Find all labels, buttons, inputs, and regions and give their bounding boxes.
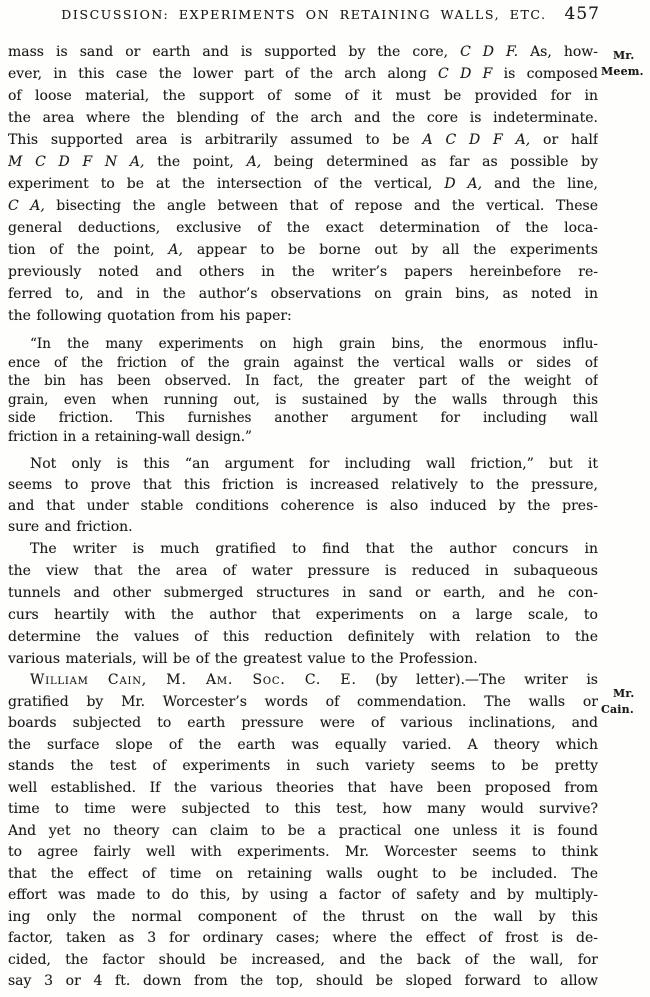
text-line: curs heartily with the author that exper… <box>8 604 598 626</box>
text-line: tunnels and other submerged structures i… <box>8 582 598 604</box>
text-line: mass is sand or earth and is supported b… <box>8 41 598 63</box>
body-text: This supported area is arbitrarily assum… <box>8 132 422 148</box>
text-line: say 3 or 4 ft. down from the top, should… <box>8 971 598 993</box>
body-text: gratified by Mr. Worcester’s words of co… <box>8 694 598 710</box>
text-line: sure and friction. <box>8 517 598 538</box>
book-page: DISCUSSION: EXPERIMENTS ON RETAINING WAL… <box>0 0 650 997</box>
text-line: effort was made to do this, by using a f… <box>8 885 598 907</box>
text-line: grain, even when running out, is sustain… <box>8 391 598 410</box>
text-line: various materials, will be of the greate… <box>8 648 598 670</box>
italic-text: C A, <box>8 198 45 214</box>
text-line: seems to prove that this friction is inc… <box>8 475 598 496</box>
body-text: sure and friction. <box>8 519 133 535</box>
body-text: and that under stable conditions coheren… <box>8 498 598 514</box>
paragraph-william-cain: William Cain, M. Am. Soc. C. E. (by lett… <box>8 670 598 993</box>
paragraph-meem-continuation: mass is sand or earth and is supported b… <box>8 41 598 327</box>
text-line: This supported area is arbitrarily assum… <box>8 129 598 151</box>
text-line: William Cain, M. Am. Soc. C. E. (by lett… <box>8 670 598 692</box>
body-text: ferred to, and in the author’s observati… <box>8 286 598 302</box>
body-text: determine the values of this reduction d… <box>8 629 598 645</box>
text-line: determine the values of this reduction d… <box>8 626 598 648</box>
body-text: cided, the factor should be increased, a… <box>8 952 598 968</box>
body-text: the point, <box>144 154 246 170</box>
text-line: Not only is this “an argument for includ… <box>8 454 598 475</box>
body-text: and the line, <box>482 176 598 192</box>
text-line: to agree fairly well with experiments. M… <box>8 842 598 864</box>
body-text: being determined as far as possible by <box>261 154 598 170</box>
body-text: well established. If the various theorie… <box>8 780 598 796</box>
text-line: “In the many experiments on high grain b… <box>8 335 598 354</box>
running-head: DISCUSSION: EXPERIMENTS ON RETAINING WAL… <box>8 4 600 24</box>
text-line: general deductions, exclusive of the exa… <box>8 217 598 239</box>
body-text: various materials, will be of the greate… <box>8 651 478 667</box>
text-line: boards subjected to earth pressure were … <box>8 713 598 735</box>
body-text: factor, taken as 3 for ordinary cases; w… <box>8 930 598 946</box>
italic-text: A C D F A, <box>422 132 530 148</box>
margin-note-cain: Mr. Cain. <box>601 686 649 718</box>
body-text: tion of the point, <box>8 242 168 258</box>
text-line: M C D F N A, the point, A, being determi… <box>8 151 598 173</box>
text-line: experiment to be at the intersection of … <box>8 173 598 195</box>
text-line: time to time were subjected to this test… <box>8 799 598 821</box>
body-text: side friction. This furnishes another ar… <box>8 410 598 426</box>
body-text: the area where the blending of the arch … <box>8 110 598 126</box>
text-line: The writer is much gratified to find tha… <box>8 538 598 560</box>
body-text: ence of the friction of the grain agains… <box>8 355 598 371</box>
body-text: Not only is this “an argument for includ… <box>30 456 598 472</box>
italic-text: M C D F N A, <box>8 154 144 170</box>
italic-text: C D F. <box>460 44 518 60</box>
page-body: mass is sand or earth and is supported b… <box>8 41 598 993</box>
text-line: that the effect of time on retaining wal… <box>8 864 598 886</box>
margin-note-meem: Mr. Meem. <box>601 48 649 80</box>
body-text: that the effect of time on retaining wal… <box>8 866 598 882</box>
text-line: tion of the point, A, appear to be borne… <box>8 239 598 261</box>
body-text: curs heartily with the author that exper… <box>8 607 598 623</box>
body-text: say 3 or 4 ft. down from the top, should… <box>8 973 598 989</box>
text-line: cided, the factor should be increased, a… <box>8 950 598 972</box>
text-line: C A, bisecting the angle between that of… <box>8 195 598 217</box>
italic-text: C D F <box>438 66 492 82</box>
body-text: the following quotation from his paper: <box>8 308 292 324</box>
italic-text: A, <box>247 154 262 170</box>
body-text: (by letter).—The writer is <box>357 672 598 688</box>
text-line: the following quotation from his paper: <box>8 305 598 327</box>
body-text: experiment to be at the intersection of … <box>8 176 444 192</box>
text-line: factor, taken as 3 for ordinary cases; w… <box>8 928 598 950</box>
margin-note-line: Mr. <box>601 48 649 64</box>
text-line: the bin has been observed. In fact, the … <box>8 372 598 391</box>
body-text: is composed <box>492 66 598 82</box>
body-text: seems to prove that this friction is inc… <box>8 477 598 493</box>
page-number: 457 <box>565 4 600 24</box>
paragraph-wall-friction: Not only is this “an argument for includ… <box>8 454 598 538</box>
text-line: gratified by Mr. Worcester’s words of co… <box>8 692 598 714</box>
margin-note-line: Cain. <box>601 702 649 718</box>
text-line: ing only the normal component of the thr… <box>8 907 598 929</box>
margin-note-line: Meem. <box>601 64 649 80</box>
body-text: As, how- <box>518 44 598 60</box>
body-text: time to time were subjected to this test… <box>8 801 598 817</box>
text-line: the view that the area of water pressure… <box>8 560 598 582</box>
italic-text: A, <box>168 242 183 258</box>
text-line: previously noted and others in the write… <box>8 261 598 283</box>
body-text: appear to be borne out by all the experi… <box>183 242 598 258</box>
body-text: to agree fairly well with experiments. M… <box>8 844 598 860</box>
body-text: boards subjected to earth pressure were … <box>8 715 598 731</box>
body-text: the surface slope of the earth was equal… <box>8 737 598 753</box>
text-line: And yet no theory can claim to be a prac… <box>8 821 598 843</box>
body-text: ing only the normal component of the thr… <box>8 909 598 925</box>
body-text: previously noted and others in the write… <box>8 264 598 280</box>
quotation-grain-bins: “In the many experiments on high grain b… <box>8 335 598 446</box>
text-line: friction in a retaining-wall design.” <box>8 428 598 447</box>
text-line: well established. If the various theorie… <box>8 778 598 800</box>
body-text: ever, in this case the lower part of the… <box>8 66 438 82</box>
paragraph-writer-gratified: The writer is much gratified to find tha… <box>8 538 598 670</box>
body-text: general deductions, exclusive of the exa… <box>8 220 598 236</box>
body-text: the view that the area of water pressure… <box>8 563 598 579</box>
body-text: the bin has been observed. In fact, the … <box>8 373 598 389</box>
body-text: effort was made to do this, by using a f… <box>8 887 598 903</box>
body-text: And yet no theory can claim to be a prac… <box>8 823 598 839</box>
body-text: tunnels and other submerged structures i… <box>8 585 598 601</box>
body-text: or half <box>530 132 598 148</box>
body-text: stands the test of experiments in such v… <box>8 758 598 774</box>
text-line: the area where the blending of the arch … <box>8 107 598 129</box>
text-line: side friction. This furnishes another ar… <box>8 409 598 428</box>
body-text: friction in a retaining-wall design.” <box>8 429 252 445</box>
margin-note-line: Mr. <box>601 686 649 702</box>
text-line: ence of the friction of the grain agains… <box>8 354 598 373</box>
text-line: stands the test of experiments in such v… <box>8 756 598 778</box>
body-text: grain, even when running out, is sustain… <box>8 392 598 408</box>
text-line: the surface slope of the earth was equal… <box>8 735 598 757</box>
body-text: bisecting the angle between that of repo… <box>45 198 598 214</box>
body-text: of loose material, the support of some o… <box>8 88 598 104</box>
body-text: mass is sand or earth and is supported b… <box>8 44 460 60</box>
text-line: ever, in this case the lower part of the… <box>8 63 598 85</box>
text-line: ferred to, and in the author’s observati… <box>8 283 598 305</box>
body-text: The writer is much gratified to find tha… <box>30 541 598 557</box>
running-head-title: DISCUSSION: EXPERIMENTS ON RETAINING WAL… <box>8 4 600 22</box>
text-line: and that under stable conditions coheren… <box>8 496 598 517</box>
smallcaps-text: William Cain, M. Am. Soc. C. E. <box>30 672 357 688</box>
body-text: “In the many experiments on high grain b… <box>30 336 598 352</box>
italic-text: D A, <box>444 176 482 192</box>
text-line: of loose material, the support of some o… <box>8 85 598 107</box>
